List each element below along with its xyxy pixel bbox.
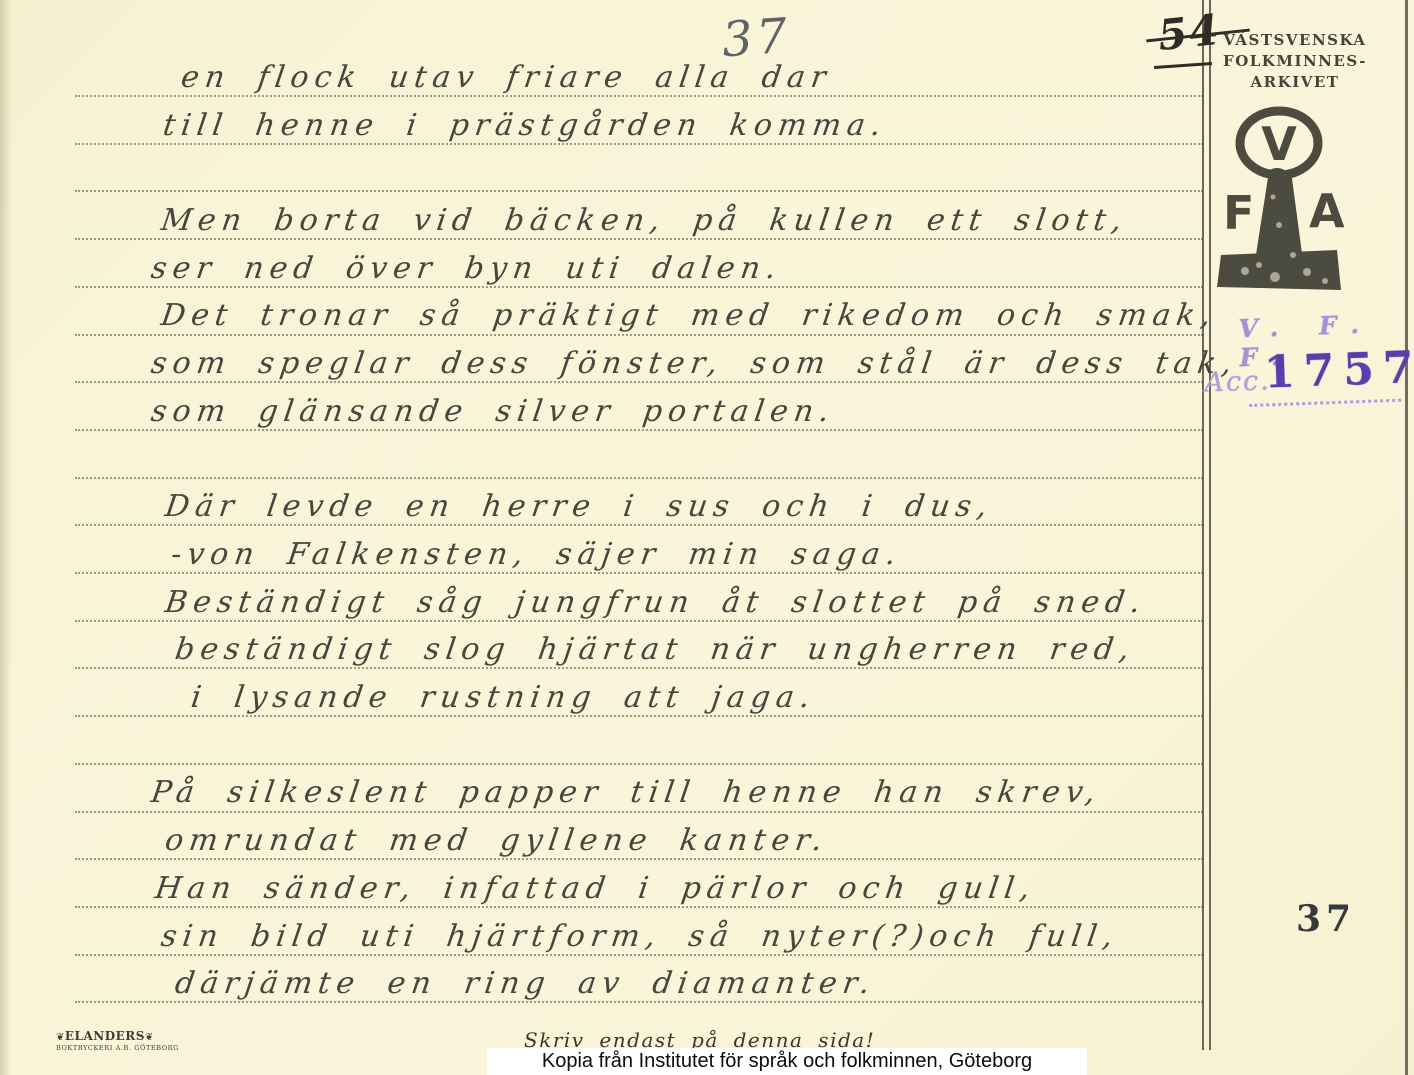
archive-name-line: VÄSTSVENSKA [1215,30,1375,51]
fleuron-icon: ❦ [145,1032,154,1043]
vfa-hammer-logo-icon: V F A [1215,105,1395,330]
printer-name: ELANDERS [65,1029,145,1043]
printer-subline: BOKTRYCKERI A.B. GÖTEBORG [56,1043,179,1053]
manuscript-line: som speglar dess fönster, som stål är de… [148,341,1241,387]
manuscript-line: Det tronar så präktigt med rikedom och s… [158,293,1220,339]
manuscript-line: till henne i prästgården komma. [160,103,890,149]
stamp-number: 1757 [1263,342,1414,398]
archive-name-line: ARKIVET [1215,72,1375,93]
ruled-line [75,477,1203,479]
archive-name: VÄSTSVENSKA FOLKMINNES- ARKIVET [1215,30,1375,93]
margin-rule [1202,0,1211,1050]
scanned-manuscript-page: 37 54 VÄSTSVENSKA FOLKMINNES- ARKIVET V … [0,0,1414,1075]
manuscript-line: ser ned över byn uti dalen. [148,246,785,292]
logo-letter-f: F [1223,186,1254,240]
manuscript-line: Beständigt såg jungfrun åt slottet på sn… [162,580,1149,626]
logo-letter-v: V [1261,117,1297,171]
ruled-line [75,190,1203,192]
printer-mark: ❦ELANDERS❦ BOKTRYCKERI A.B. GÖTEBORG [56,1031,179,1053]
manuscript-line: Där levde en herre i sus och i dus, [162,484,996,530]
scan-edge-right [1405,0,1408,1075]
manuscript-line: i lysande rustning att jaga. [188,675,819,721]
margin-page-number: 37 [1296,898,1356,940]
manuscript-line: sin bild uti hjärtform, så nyter(?)och f… [158,914,1121,960]
manuscript-line: därjämte en ring av diamanter. [172,961,879,1007]
manuscript-line: Han sänder, infattad i pärlor och gull, [152,866,1039,912]
manuscript-line: som glänsande silver portalen. [148,389,838,435]
fleuron-icon: ❦ [56,1032,65,1043]
stamp-underline [1249,399,1401,407]
manuscript-line: en flock utav friare alla dar [178,55,835,101]
manuscript-line: omrundat med gyllene kanter. [162,818,831,864]
copy-caption-strip: Kopia från Institutet för språk och folk… [487,1048,1087,1075]
manuscript-line: beständigt slog hjärtat när ungherren re… [172,627,1138,673]
scan-edge-left [0,0,12,1075]
archive-name-line: FOLKMINNES- [1215,51,1375,72]
logo-letter-a: A [1309,184,1345,238]
manuscript-line: Men borta vid bäcken, på kullen ett slot… [158,198,1130,244]
manuscript-line: På silkeslent papper till henne han skre… [148,770,1104,816]
copy-caption: Kopia från Institutet för språk och folk… [542,1050,1032,1073]
manuscript-line: -von Falkensten, säjer min saga. [168,532,905,578]
ruled-line [75,763,1203,765]
